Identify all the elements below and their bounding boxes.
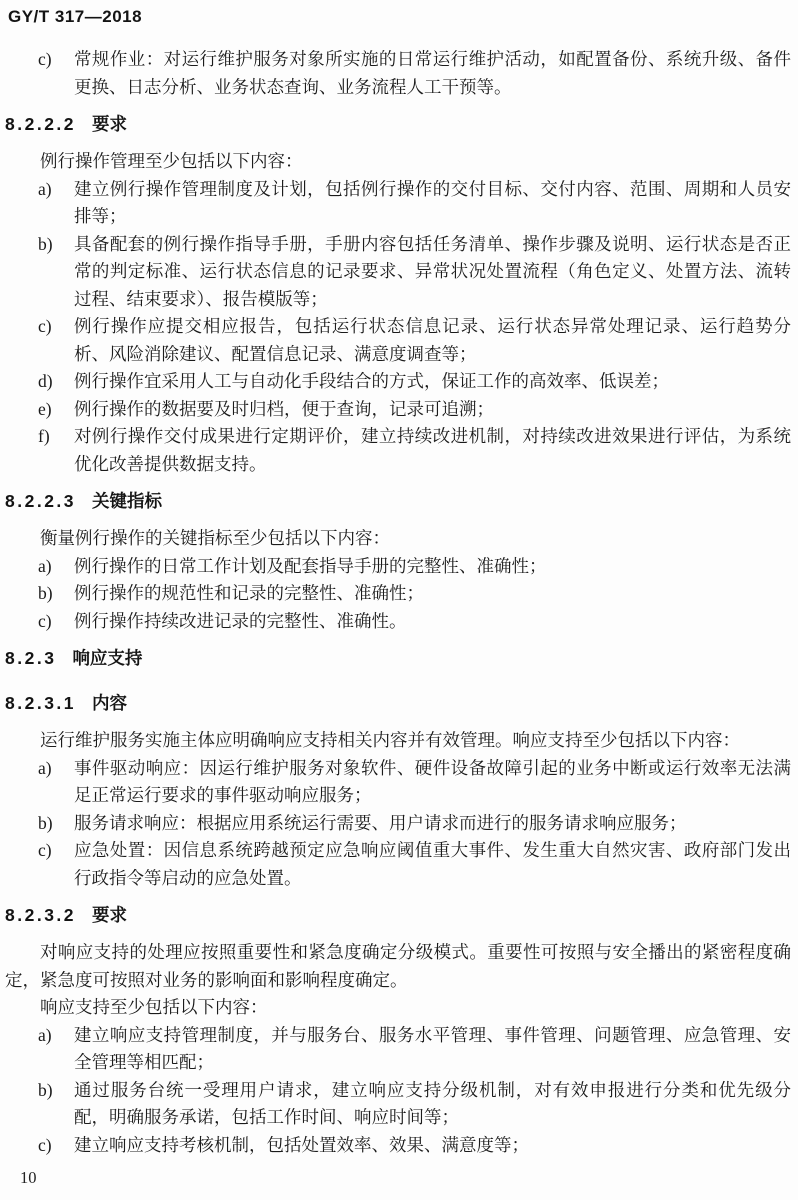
list-item: b)通过服务台统一受理用户请求，建立响应支持分级机制，对有效申报进行分类和优先级… bbox=[5, 1077, 791, 1132]
section-title: 内容 bbox=[92, 693, 127, 713]
paragraph: 例行操作管理至少包括以下内容： bbox=[5, 148, 791, 176]
list-item-text: 常规作业：对运行维护服务对象所实施的日常运行维护活动，如配置备份、系统升级、备件… bbox=[74, 46, 791, 101]
section-number: 8.2.3.2 bbox=[5, 905, 76, 925]
list-item-text: 例行操作宜采用人工与自动化手段结合的方式，保证工作的高效率、低误差； bbox=[74, 368, 791, 396]
section-number: 8.2.3 bbox=[5, 648, 56, 668]
list-item: a)例行操作的日常工作计划及配套指导手册的完整性、准确性； bbox=[5, 553, 791, 581]
list-item-text: 建立响应支持管理制度，并与服务台、服务水平管理、事件管理、问题管理、应急管理、安… bbox=[74, 1022, 791, 1077]
list-item: c)应急处置：因信息系统跨越预定应急响应阈值重大事件、发生重大自然灾害、政府部门… bbox=[5, 837, 791, 892]
list-item-marker: a) bbox=[38, 176, 74, 231]
document-content: c)常规作业：对运行维护服务对象所实施的日常运行维护活动，如配置备份、系统升级、… bbox=[5, 46, 791, 1159]
list-item-marker: c) bbox=[38, 313, 74, 368]
list-item: b)例行操作的规范性和记录的完整性、准确性； bbox=[5, 580, 791, 608]
list-item: c)例行操作应提交相应报告，包括运行状态信息记录、运行状态异常处理记录、运行趋势… bbox=[5, 313, 791, 368]
list-item-text: 建立响应支持考核机制，包括处置效率、效果、满意度等； bbox=[74, 1132, 791, 1160]
document-page: GY/T 317—2018 c)常规作业：对运行维护服务对象所实施的日常运行维护… bbox=[0, 0, 798, 1200]
list-item-text: 例行操作持续改进记录的完整性、准确性。 bbox=[74, 608, 791, 636]
list-item-text: 服务请求响应：根据应用系统运行需要、用户请求而进行的服务请求响应服务； bbox=[74, 810, 791, 838]
paragraph: 对响应支持的处理应按照重要性和紧急度确定分级模式。重要性可按照与安全播出的紧密程… bbox=[5, 939, 791, 994]
list-item-marker: b) bbox=[38, 810, 74, 838]
paragraph: 响应支持至少包括以下内容： bbox=[5, 994, 791, 1022]
list-item-text: 通过服务台统一受理用户请求，建立响应支持分级机制，对有效申报进行分类和优先级分配… bbox=[74, 1077, 791, 1132]
list-item-marker: e) bbox=[38, 396, 74, 424]
list-item-marker: c) bbox=[38, 608, 74, 636]
list-item: c)常规作业：对运行维护服务对象所实施的日常运行维护活动，如配置备份、系统升级、… bbox=[5, 46, 791, 101]
list-item-text: 例行操作应提交相应报告，包括运行状态信息记录、运行状态异常处理记录、运行趋势分析… bbox=[74, 313, 791, 368]
section-heading: 8.2.3.1内容 bbox=[5, 690, 791, 717]
section-title: 要求 bbox=[92, 905, 127, 925]
list-item: c)建立响应支持考核机制，包括处置效率、效果、满意度等； bbox=[5, 1132, 791, 1160]
section-number: 8.2.2.3 bbox=[5, 491, 76, 511]
list-item-marker: a) bbox=[38, 1022, 74, 1077]
list-item: d)例行操作宜采用人工与自动化手段结合的方式，保证工作的高效率、低误差； bbox=[5, 368, 791, 396]
list-item: f)对例行操作交付成果进行定期评价，建立持续改进机制，对持续改进效果进行评估，为… bbox=[5, 423, 791, 478]
list-item-text: 对例行操作交付成果进行定期评价，建立持续改进机制，对持续改进效果进行评估，为系统… bbox=[74, 423, 791, 478]
section-title: 关键指标 bbox=[92, 491, 162, 511]
list-item-marker: c) bbox=[38, 1132, 74, 1160]
list-item: e)例行操作的数据要及时归档，便于查询，记录可追溯； bbox=[5, 396, 791, 424]
list-item-marker: d) bbox=[38, 368, 74, 396]
list-item-text: 应急处置：因信息系统跨越预定应急响应阈值重大事件、发生重大自然灾害、政府部门发出… bbox=[74, 837, 791, 892]
list-item: b)服务请求响应：根据应用系统运行需要、用户请求而进行的服务请求响应服务； bbox=[5, 810, 791, 838]
section-number: 8.2.2.2 bbox=[5, 114, 76, 134]
list-item-text: 例行操作的日常工作计划及配套指导手册的完整性、准确性； bbox=[74, 553, 791, 581]
paragraph: 运行维护服务实施主体应明确响应支持相关内容并有效管理。响应支持至少包括以下内容： bbox=[5, 727, 791, 755]
list-item-marker: a) bbox=[38, 553, 74, 581]
list-item-marker: f) bbox=[38, 423, 74, 478]
list-item-text: 具备配套的例行操作指导手册，手册内容包括任务清单、操作步骤及说明、运行状态是否正… bbox=[74, 231, 791, 314]
paragraph: 衡量例行操作的关键指标至少包括以下内容： bbox=[5, 525, 791, 553]
list-item-marker: a) bbox=[38, 755, 74, 810]
section-heading: 8.2.2.2要求 bbox=[5, 111, 791, 138]
list-item-marker: b) bbox=[38, 580, 74, 608]
section-heading: 8.2.2.3关键指标 bbox=[5, 488, 791, 515]
section-title: 响应支持 bbox=[72, 648, 142, 668]
section-heading: 8.2.3响应支持 bbox=[5, 645, 791, 672]
list-item-marker: b) bbox=[38, 231, 74, 314]
section-number: 8.2.3.1 bbox=[5, 693, 76, 713]
list-item-text: 例行操作的规范性和记录的完整性、准确性； bbox=[74, 580, 791, 608]
list-item-marker: c) bbox=[38, 837, 74, 892]
list-item: a)事件驱动响应：因运行维护服务对象软件、硬件设备故障引起的业务中断或运行效率无… bbox=[5, 755, 791, 810]
list-item-text: 例行操作的数据要及时归档，便于查询，记录可追溯； bbox=[74, 396, 791, 424]
list-item: a)建立例行操作管理制度及计划，包括例行操作的交付目标、交付内容、范围、周期和人… bbox=[5, 176, 791, 231]
section-heading: 8.2.3.2要求 bbox=[5, 902, 791, 929]
list-item-text: 事件驱动响应：因运行维护服务对象软件、硬件设备故障引起的业务中断或运行效率无法满… bbox=[74, 755, 791, 810]
list-item: a)建立响应支持管理制度，并与服务台、服务水平管理、事件管理、问题管理、应急管理… bbox=[5, 1022, 791, 1077]
document-standard-number: GY/T 317—2018 bbox=[8, 7, 142, 27]
section-title: 要求 bbox=[92, 114, 127, 134]
list-item-text: 建立例行操作管理制度及计划，包括例行操作的交付目标、交付内容、范围、周期和人员安… bbox=[74, 176, 791, 231]
list-item: b)具备配套的例行操作指导手册，手册内容包括任务清单、操作步骤及说明、运行状态是… bbox=[5, 231, 791, 314]
list-item-marker: b) bbox=[38, 1077, 74, 1132]
page-number: 10 bbox=[20, 1168, 37, 1188]
list-item-marker: c) bbox=[38, 46, 74, 101]
list-item: c)例行操作持续改进记录的完整性、准确性。 bbox=[5, 608, 791, 636]
